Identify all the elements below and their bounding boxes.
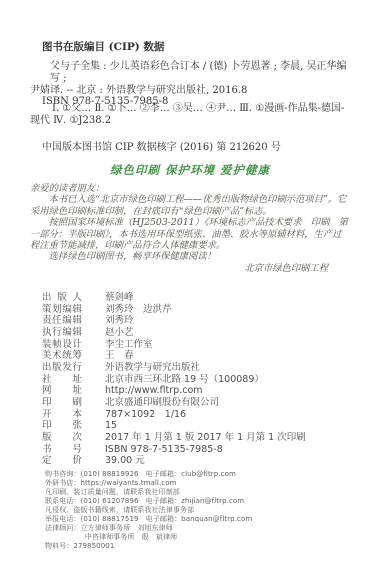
- imprint-label: 执行编辑: [42, 327, 82, 339]
- text-line: 本书已入选“北京市绿色印刷工程——优秀出版物绿色印刷示范项目”。它采用绿色印刷标…: [30, 194, 350, 217]
- text-line: 尹婧译. -- 北京 : 外语教学与研究出版社, 2016.8: [30, 85, 352, 97]
- text-line: 选择绿色印刷图书，畅享环保健康阅读！: [30, 251, 350, 262]
- imprint-value: 北京市西三环北路 19 号（100089）: [105, 374, 264, 385]
- text-line: 联系电话：(010) 61207896 电子邮箱：zhijian@fltrp.c…: [45, 497, 350, 506]
- imprint-label: 装帧设计: [42, 339, 82, 351]
- cip-classification: Ⅰ. ①父… Ⅱ. ①卜… ②李… ③吴… ④尹… Ⅲ. ①漫画-作品集-德国-…: [30, 103, 352, 127]
- copyright-page: 图书在版编目 (CIP) 数据 父与子全集 : 少儿英语彩色合订本 / (德) …: [0, 0, 375, 580]
- imprint-value: 王 春: [105, 350, 134, 361]
- imprint-value: 外语教学与研究出版社: [105, 362, 200, 373]
- green-notice-signature: 北京市绿色印刷工程: [30, 263, 350, 274]
- imprint-label: 出版发行: [42, 362, 82, 374]
- imprint-row: 定价39.00 元: [0, 455, 360, 467]
- imprint-row: 执行编辑赵小艺: [0, 327, 360, 339]
- imprint-label: 印刷: [42, 397, 82, 409]
- cip-description: 父与子全集 : 少儿英语彩色合订本 / (德) 卜劳恩著 ; 李晨, 吴正华编写…: [30, 61, 352, 108]
- imprint-label: 版次: [42, 432, 82, 444]
- imprint-label: 美术统筹: [42, 350, 82, 362]
- imprint-label: 社址: [42, 374, 82, 386]
- imprint-value: 787×1092 1/16: [105, 409, 186, 420]
- imprint-row: 印张15: [0, 420, 360, 432]
- imprint-label: 策划编辑: [42, 304, 82, 316]
- imprint-value: 刘秀玲: [105, 315, 134, 326]
- imprint-row: 责任编辑刘秀玲: [0, 315, 360, 327]
- imprint-row: 开本787×1092 1/16: [0, 409, 360, 421]
- text-line: Ⅰ. ①父… Ⅱ. ①卜… ②李… ③吴… ④尹… Ⅲ. ①漫画-作品集-德国-: [30, 103, 352, 115]
- imprint-label: 网址: [42, 385, 82, 397]
- imprint-row: 美术统筹王 春: [0, 350, 360, 362]
- green-notice-paragraphs: 本书已入选“北京市绿色印刷工程——优秀出版物绿色印刷示范项目”。它采用绿色印刷标…: [30, 194, 350, 262]
- text-line: 凡侵权、盗版书籍线索，请联系我社法律事务部: [45, 506, 350, 515]
- imprint-label: 开本: [42, 409, 82, 421]
- imprint-row: 印刷北京盛通印刷股份有限公司: [0, 397, 360, 409]
- text-line: 物料号：279850001: [45, 542, 350, 551]
- imprint-value: ISBN 978-7-5135-7985-8: [105, 444, 223, 455]
- imprint-value: 2017 年 1 月第 1 版 2017 年 1 月第 1 次印刷: [105, 432, 306, 443]
- green-notice-body: 亲爱的读者朋友： 本书已入选“北京市绿色印刷工程——优秀出版物绿色印刷示范项目”…: [30, 183, 350, 274]
- imprint-label: 书号: [42, 444, 82, 456]
- text-line: 中咨律师事务所 殷 斌律师: [45, 533, 350, 542]
- text-line: 法律顾问：立方律师事务所 刘旭东律师: [45, 524, 350, 533]
- footer-notes: 购书咨询：(010) 88819926 电子邮箱：club@fltrp.com外…: [45, 470, 350, 551]
- imprint-row: 出版人蔡剑峰: [0, 292, 360, 304]
- imprint-label: 出版人: [42, 292, 82, 304]
- green-printing-notice: 绿色印刷 保护环境 爱护健康 亲爱的读者朋友： 本书已入选“北京市绿色印刷工程—…: [30, 162, 350, 274]
- imprint-row: 出版发行外语教学与研究出版社: [0, 362, 360, 374]
- imprint-row: 策划编辑刘秀玲 边洪芹: [0, 304, 360, 316]
- imprint-label: 定价: [42, 455, 82, 467]
- imprint-value: 蔡剑峰: [105, 292, 134, 303]
- cip-record-number: 中国版本图书馆 CIP 数据核字 (2016) 第 212620 号: [42, 138, 281, 153]
- imprint-value: 15: [105, 420, 117, 431]
- text-line: 举报电话：(010) 88817519 电子邮箱：banquan@fltrp.c…: [45, 515, 350, 524]
- imprint-row: 版次2017 年 1 月第 1 版 2017 年 1 月第 1 次印刷: [0, 432, 360, 444]
- imprint-row: 装帧设计李尘工作室: [0, 339, 360, 351]
- imprint-value: 39.00 元: [105, 455, 145, 466]
- text-line: 外研书店：https://waiyants.tmall.com: [45, 479, 350, 488]
- text-line: 购书咨询：(010) 88819926 电子邮箱：club@fltrp.com: [45, 470, 350, 479]
- imprint-value: 北京盛通印刷股份有限公司: [105, 397, 219, 408]
- green-notice-salutation: 亲爱的读者朋友：: [30, 183, 350, 194]
- text-line: 现代 Ⅳ. ①J238.2: [30, 115, 352, 127]
- imprint-value: 刘秀玲 边洪芹: [105, 304, 172, 315]
- imprint-value: 李尘工作室: [105, 339, 153, 350]
- cip-header: 图书在版编目 (CIP) 数据: [42, 39, 164, 54]
- text-line: 父与子全集 : 少儿英语彩色合订本 / (德) 卜劳恩著 ; 李晨, 吴正华编写…: [30, 61, 352, 85]
- imprint-value: http://www.fltrp.com: [105, 385, 203, 396]
- imprint-value: 赵小艺: [105, 327, 134, 338]
- imprint-label: 责任编辑: [42, 315, 82, 327]
- imprint-table: 出版人蔡剑峰策划编辑刘秀玲 边洪芹责任编辑刘秀玲执行编辑赵小艺装帧设计李尘工作室…: [0, 292, 360, 467]
- text-line: 凡印刷、装订质量问题，请联系我社印制部: [45, 488, 350, 497]
- green-notice-title: 绿色印刷 保护环境 爱护健康: [30, 162, 350, 178]
- text-line: 按照国家环境标准（HJ2503-2011）《环境标志产品技术要求 印刷 第一部分…: [30, 217, 350, 251]
- imprint-row: 书号ISBN 978-7-5135-7985-8: [0, 444, 360, 456]
- imprint-row: 社址北京市西三环北路 19 号（100089）: [0, 374, 360, 386]
- imprint-label: 印张: [42, 420, 82, 432]
- imprint-row: 网址http://www.fltrp.com: [0, 385, 360, 397]
